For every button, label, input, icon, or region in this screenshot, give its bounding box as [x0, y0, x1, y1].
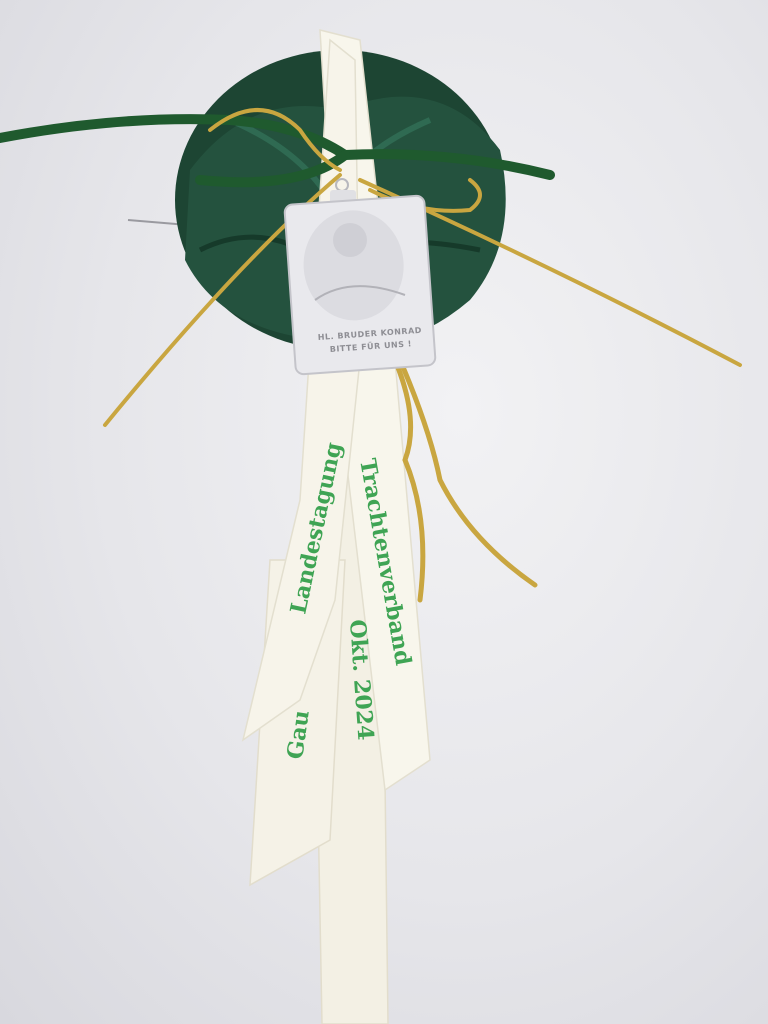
photo-scene: Landestagung Trachtenverband Gau Okt. 20…	[0, 0, 768, 1024]
saint-medal: HL. BRUDER KONRAD BITTE FÜR UNS !	[284, 179, 436, 375]
